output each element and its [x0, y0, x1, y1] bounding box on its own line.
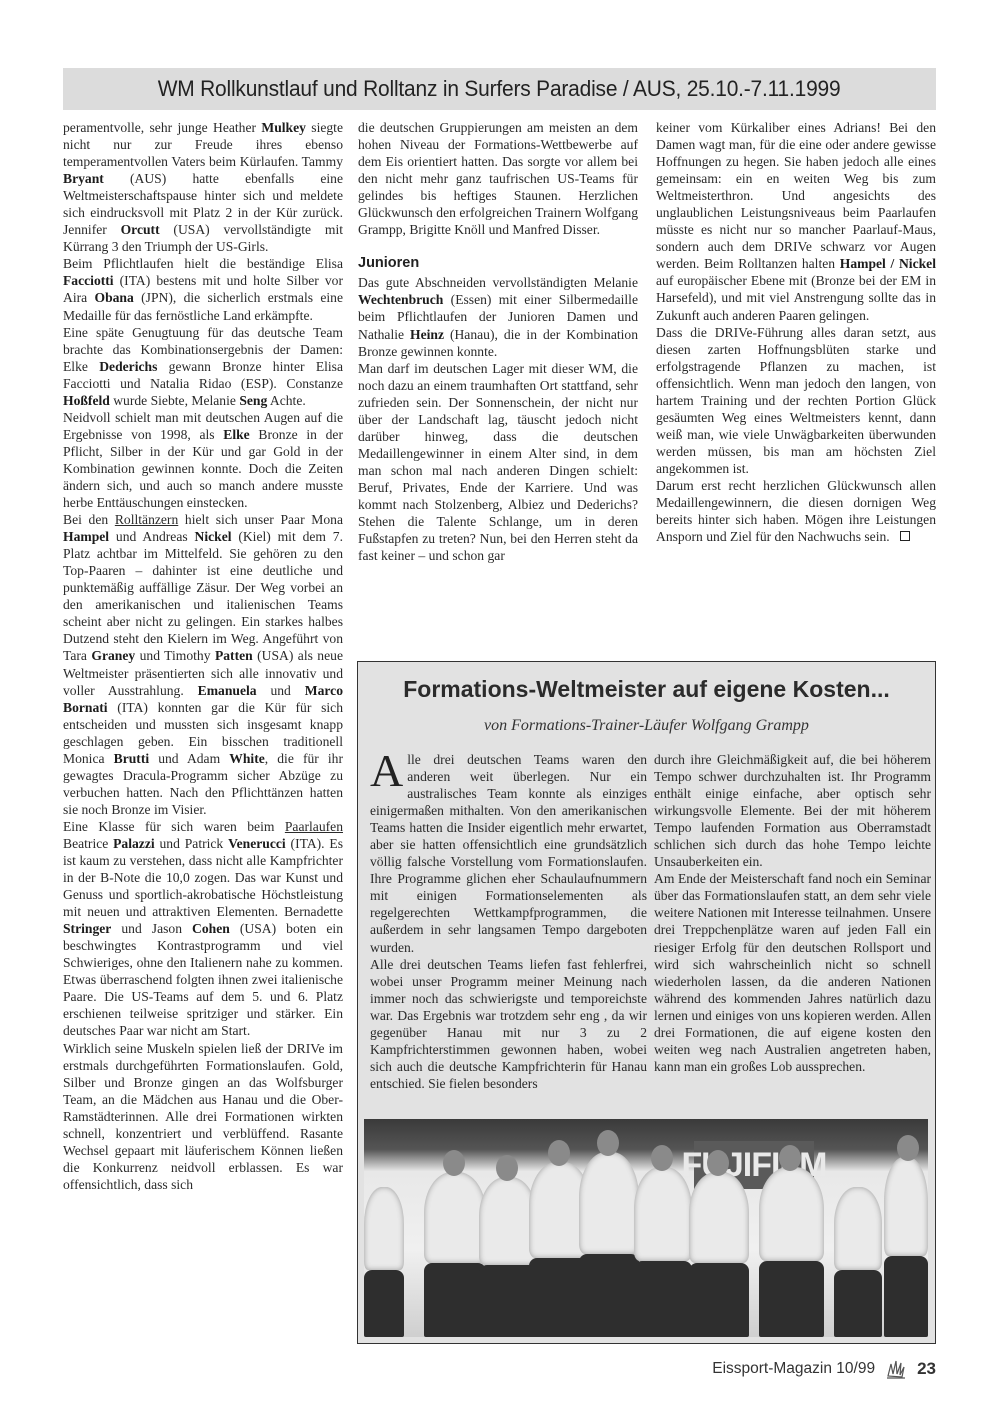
skater-figure [884, 1157, 928, 1337]
skater-figure [424, 1172, 486, 1337]
paragraph: Eine Klasse für sich waren beim Paarlauf… [63, 818, 343, 1040]
name-highlight: Cohen [192, 921, 230, 936]
skater-figure [689, 1172, 749, 1337]
article-column-2-rest: Das gute Abschneiden vervollständigten M… [358, 274, 638, 564]
end-of-article-icon [900, 531, 910, 541]
box-column-1: Alle drei deutschen Teams waren den ande… [370, 751, 647, 1092]
section-header-band: WM Rollkunstlauf und Rolltanz in Surfers… [63, 68, 936, 110]
paragraph: Alle drei deutschen Teams liefen fast fe… [370, 956, 647, 1092]
name-highlight: Hampel / Nickel [840, 256, 936, 271]
skater-figure [759, 1167, 824, 1337]
name-highlight: Facciotti [63, 273, 114, 288]
name-highlight: Heinz [410, 327, 444, 342]
name-highlight: Graney [91, 648, 135, 663]
paragraph: Man darf im deutschen Lager mit dieser W… [358, 360, 638, 565]
paragraph: Wirklich seine Muskeln spielen ließ der … [63, 1040, 343, 1193]
skater-figure [364, 1187, 404, 1337]
name-highlight: Orcutt [121, 222, 160, 237]
paragraph: Eine späte Genugtuung für das deutsche T… [63, 324, 343, 409]
name-highlight: Bryant [63, 171, 104, 186]
skate-logo-icon [885, 1358, 907, 1380]
skater-figure [834, 1187, 882, 1337]
paragraph-text: lle drei deutschen Teams waren den ander… [370, 752, 647, 955]
paragraph: Darum erst recht herzlichen Glückwunsch … [656, 477, 936, 545]
paragraph: Neidvoll schielt man mit deutschen Augen… [63, 409, 343, 511]
name-highlight: Stringer [63, 921, 111, 936]
section-title: WM Rollkunstlauf und Rolltanz in Surfers… [158, 76, 841, 102]
formation-team-photo: FUJIFILM [364, 1119, 928, 1337]
paragraph: die deutschen Gruppierungen am meisten a… [358, 119, 638, 238]
skater-figure [579, 1152, 639, 1337]
paragraph: Das gute Abschneiden vervollständigten M… [358, 274, 638, 359]
name-highlight: Hampel [63, 529, 109, 544]
article-column-3: keiner vom Kürkaliber eines Adrians! Bei… [656, 119, 936, 545]
box-title: Formations-Weltmeister auf eigene Kosten… [358, 676, 935, 703]
name-highlight: Emanuela [198, 683, 257, 698]
name-highlight: Dederichs [99, 359, 157, 374]
page-number: 23 [917, 1359, 936, 1379]
name-highlight: Brutti [114, 751, 150, 766]
skater-figure [634, 1167, 692, 1337]
box-byline: von Formations-Trainer-Läufer Wolfgang G… [358, 717, 935, 735]
article-column-2: die deutschen Gruppierungen am meisten a… [358, 119, 638, 564]
name-highlight: Elke [223, 427, 249, 442]
paragraph: Bei den Rolltänzern hielt sich unser Paa… [63, 511, 343, 818]
magazine-issue: Eissport-Magazin 10/99 [712, 1360, 875, 1378]
paragraph: Alle drei deutschen Teams waren den ande… [370, 751, 647, 956]
paragraph: Dass die DRIVe-Führung alles daran setzt… [656, 324, 936, 477]
name-highlight: Seng [239, 393, 267, 408]
paragraph: durch ihre Gleichmäßigkeit auf, die bei … [654, 751, 931, 870]
sidebar-box: Formations-Weltmeister auf eigene Kosten… [357, 661, 936, 1344]
page-footer: Eissport-Magazin 10/99 23 [712, 1358, 936, 1380]
name-highlight: Palazzi [113, 836, 155, 851]
name-highlight: Mulkey [261, 120, 306, 135]
name-highlight: Nickel [195, 529, 232, 544]
name-highlight: Hoßfeld [63, 393, 110, 408]
paragraph: keiner vom Kürkaliber eines Adrians! Bei… [656, 119, 936, 324]
category-underline: Paarlaufen [285, 819, 343, 834]
subheading-junioren: Junioren [358, 255, 638, 272]
name-highlight: White [229, 751, 265, 766]
paragraph: Am Ende der Meisterschaft fand noch ein … [654, 870, 931, 1075]
paragraph: peramentvolle, sehr junge Heather Mulkey… [63, 119, 343, 255]
name-highlight: Wechtenbruch [358, 292, 443, 307]
category-underline: Rolltänzern [115, 512, 178, 527]
name-highlight: Patten [215, 648, 253, 663]
name-highlight: Obana [95, 290, 134, 305]
name-highlight: Venerucci [228, 836, 286, 851]
paragraph: Beim Pflichtlaufen hielt die beständige … [63, 255, 343, 323]
article-column-1: peramentvolle, sehr junge Heather Mulkey… [63, 119, 343, 1193]
dropcap: A [370, 753, 403, 789]
box-column-2: durch ihre Gleichmäßigkeit auf, die bei … [654, 751, 931, 1075]
